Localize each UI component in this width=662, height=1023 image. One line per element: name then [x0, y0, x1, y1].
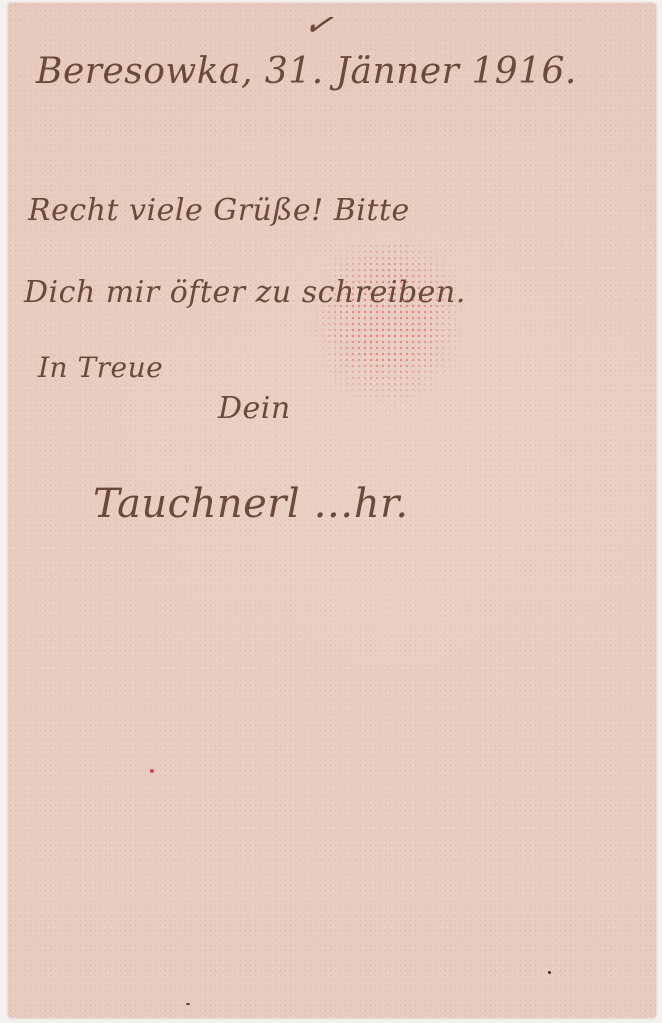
message-line-3: In Treue	[38, 351, 163, 384]
dateline: Beresowka, 31. Jänner 1916.	[36, 51, 577, 92]
message-line-4: Dein	[218, 391, 291, 426]
postcard: ✓ Beresowka, 31. Jänner 1916. Recht viel…	[8, 3, 656, 1018]
message-line-1: Recht viele Grüße! Bitte	[28, 193, 410, 228]
red-ink-speck	[150, 769, 154, 773]
ink-speck	[186, 1003, 190, 1005]
faded-red-stamp	[308, 243, 468, 413]
ink-speck	[548, 971, 551, 974]
message-line-2: Dich mir öfter zu schreiben.	[24, 275, 466, 310]
signature: Tauchnerl …hr.	[93, 481, 409, 527]
